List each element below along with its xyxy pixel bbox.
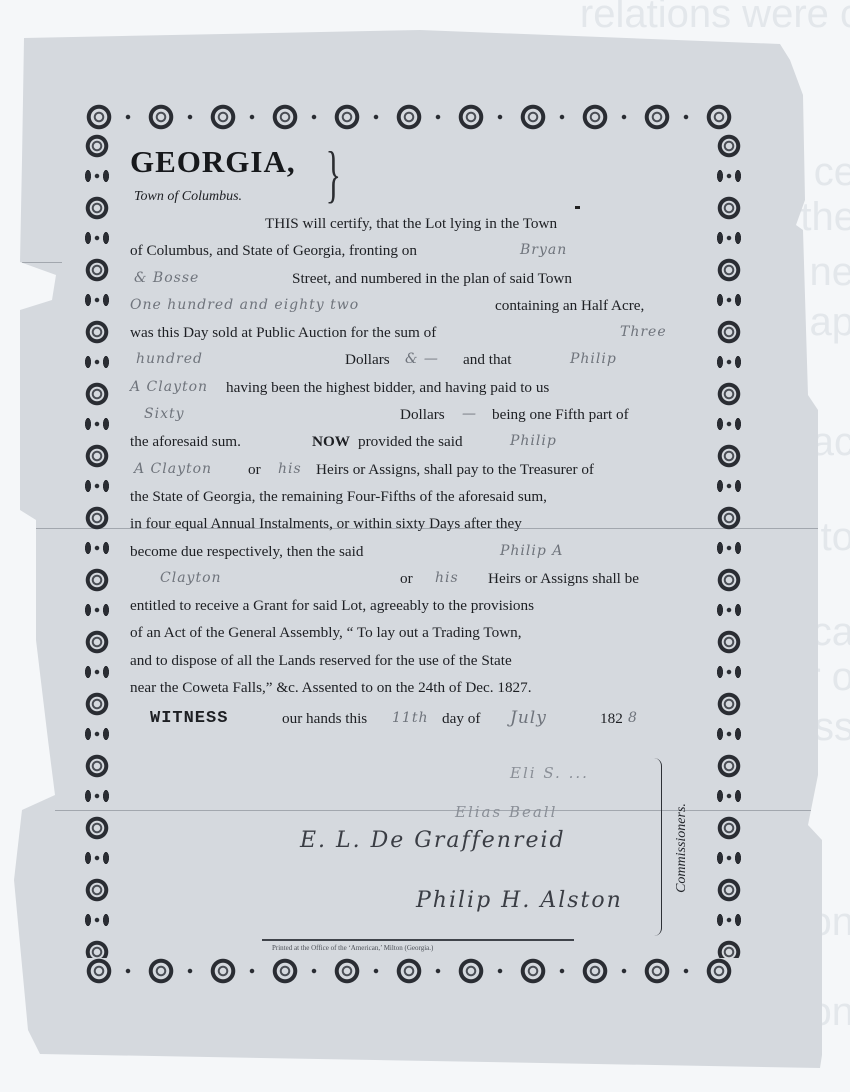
text-line: near the Coweta Falls,” &c. Assented to … xyxy=(130,674,700,701)
printed-text: our hands this xyxy=(282,705,367,732)
printed-text: Dollars xyxy=(345,346,390,373)
text-line: Sixty Dollars — being one Fifth part of xyxy=(130,401,700,428)
handwritten-text: Philip xyxy=(510,428,557,455)
printed-year: 182 xyxy=(600,705,623,732)
printed-text: entitled to receive a Grant for said Lot… xyxy=(130,592,534,619)
printed-text: the State of Georgia, the remaining Four… xyxy=(130,483,547,510)
text-line: hundred Dollars & — and that Philip xyxy=(130,346,700,373)
handwritten-text: A Clayton xyxy=(134,456,212,483)
handwritten-text: & — xyxy=(405,346,439,373)
witness-label: WITNESS xyxy=(150,705,228,732)
printed-text: and to dispose of all the Lands reserved… xyxy=(130,647,512,674)
printed-text: or xyxy=(400,565,413,592)
heading: GEORGIA, } Town of Columbus. xyxy=(130,140,700,210)
handwritten-year: 8 xyxy=(628,705,638,732)
handwritten-text: — xyxy=(462,401,477,428)
text-line: Clayton or his Heirs or Assigns shall be xyxy=(130,565,700,592)
text-line: A Clayton having been the highest bidder… xyxy=(130,374,700,401)
printed-text: containing an Half Acre, xyxy=(495,292,644,319)
handwritten-text: Sixty xyxy=(144,401,185,428)
printed-text: having been the highest bidder, and havi… xyxy=(226,374,549,401)
bleed-text: to xyxy=(821,515,850,560)
border-right xyxy=(714,130,744,958)
printed-text: of Columbus, and State of Georgia, front… xyxy=(130,237,417,264)
handwritten-text: hundred xyxy=(136,346,203,373)
handwritten-text: & Bosse xyxy=(134,265,199,292)
commissioners-label: Commissioners. xyxy=(674,803,690,893)
handwritten-day: 11th xyxy=(392,705,428,732)
printed-text: provided the said xyxy=(358,428,463,455)
printed-text: THIS will certify, that the Lot lying in… xyxy=(265,210,557,237)
bleed-text: ce xyxy=(814,150,850,195)
text-line: of Columbus, and State of Georgia, front… xyxy=(130,237,700,264)
handwritten-text: A Clayton xyxy=(130,374,208,401)
printed-text: day of xyxy=(442,705,480,732)
border-left xyxy=(82,130,112,958)
text-line: was this Day sold at Public Auction for … xyxy=(130,319,700,346)
printed-text: the aforesaid sum. xyxy=(130,428,241,455)
witness-line: WITNESS our hands this 11th day of July … xyxy=(130,705,700,732)
signature: Elias Beall xyxy=(455,803,557,821)
printed-text: was this Day sold at Public Auction for … xyxy=(130,319,436,346)
printed-text: Dollars xyxy=(400,401,445,428)
text-line: A Clayton or his Heirs or Assigns, shall… xyxy=(130,456,700,483)
printed-text: Heirs or Assigns shall be xyxy=(488,565,639,592)
handwritten-text: Bryan xyxy=(520,237,567,264)
printed-text: of an Act of the General Assembly, “ To … xyxy=(130,619,522,646)
handwritten-text: his xyxy=(278,456,302,483)
bleed-text: the xyxy=(800,195,850,240)
printed-text: in four equal Annual Instalments, or wit… xyxy=(130,510,522,537)
handwritten-text: his xyxy=(435,565,459,592)
printed-text: and that xyxy=(463,346,512,373)
printed-text: or xyxy=(248,456,261,483)
printed-text: near the Coweta Falls,” &c. Assented to … xyxy=(130,674,532,701)
text-line: the aforesaid sum. NOW provided the said… xyxy=(130,428,700,455)
text-line: in four equal Annual Instalments, or wit… xyxy=(130,510,700,537)
signature: E. L. De Graffenreid xyxy=(300,828,566,853)
signature: Eli S. ... xyxy=(510,764,589,782)
ink-speck xyxy=(575,206,580,209)
text-line: become due respectively, then the said P… xyxy=(130,538,700,565)
handwritten-text: Philip A xyxy=(500,538,563,565)
handwritten-text: One hundred and eighty two xyxy=(130,292,359,319)
text-line: the State of Georgia, the remaining Four… xyxy=(130,483,700,510)
fold-crease xyxy=(22,262,62,263)
printer-imprint: Printed at the Office of the ‘American,’… xyxy=(272,944,433,952)
text-line: THIS will certify, that the Lot lying in… xyxy=(130,210,700,237)
text-line: & Bosse Street, and numbered in the plan… xyxy=(130,265,700,292)
text-line: and to dispose of all the Lands reserved… xyxy=(130,647,700,674)
handwritten-text: Philip xyxy=(570,346,617,373)
town-subtitle: Town of Columbus. xyxy=(134,189,242,205)
heading-brace: } xyxy=(326,142,341,206)
state-title: GEORGIA, xyxy=(130,144,296,180)
bleed-text: ne xyxy=(810,250,850,295)
signature: Philip H. Alston xyxy=(416,888,623,913)
printed-text: Heirs or Assigns, shall pay to the Treas… xyxy=(316,456,594,483)
bleed-text: ss xyxy=(814,705,850,750)
text-line: entitled to receive a Grant for said Lot… xyxy=(130,592,700,619)
bleed-text: relations were c xyxy=(580,0,850,37)
certificate-body: GEORGIA, } Town of Columbus. THIS will c… xyxy=(130,140,700,733)
text-line: of an Act of the General Assembly, “ To … xyxy=(130,619,700,646)
bleed-text: ap xyxy=(810,300,850,345)
border-bottom xyxy=(82,954,744,988)
printed-text: being one Fifth part of xyxy=(492,401,629,428)
handwritten-month: July xyxy=(510,705,547,732)
border-top xyxy=(82,100,744,134)
imprint-rule xyxy=(262,939,574,941)
printed-text: become due respectively, then the said xyxy=(130,538,364,565)
handwritten-text: Clayton xyxy=(160,565,222,592)
printed-text: NOW xyxy=(312,428,350,455)
handwritten-text: Three xyxy=(620,319,667,346)
commissioners-bracket xyxy=(653,758,662,936)
text-line: One hundred and eighty two containing an… xyxy=(130,292,700,319)
certificate-paper: GEORGIA, } Town of Columbus. THIS will c… xyxy=(0,0,850,1092)
printed-text: Street, and numbered in the plan of said… xyxy=(292,265,572,292)
